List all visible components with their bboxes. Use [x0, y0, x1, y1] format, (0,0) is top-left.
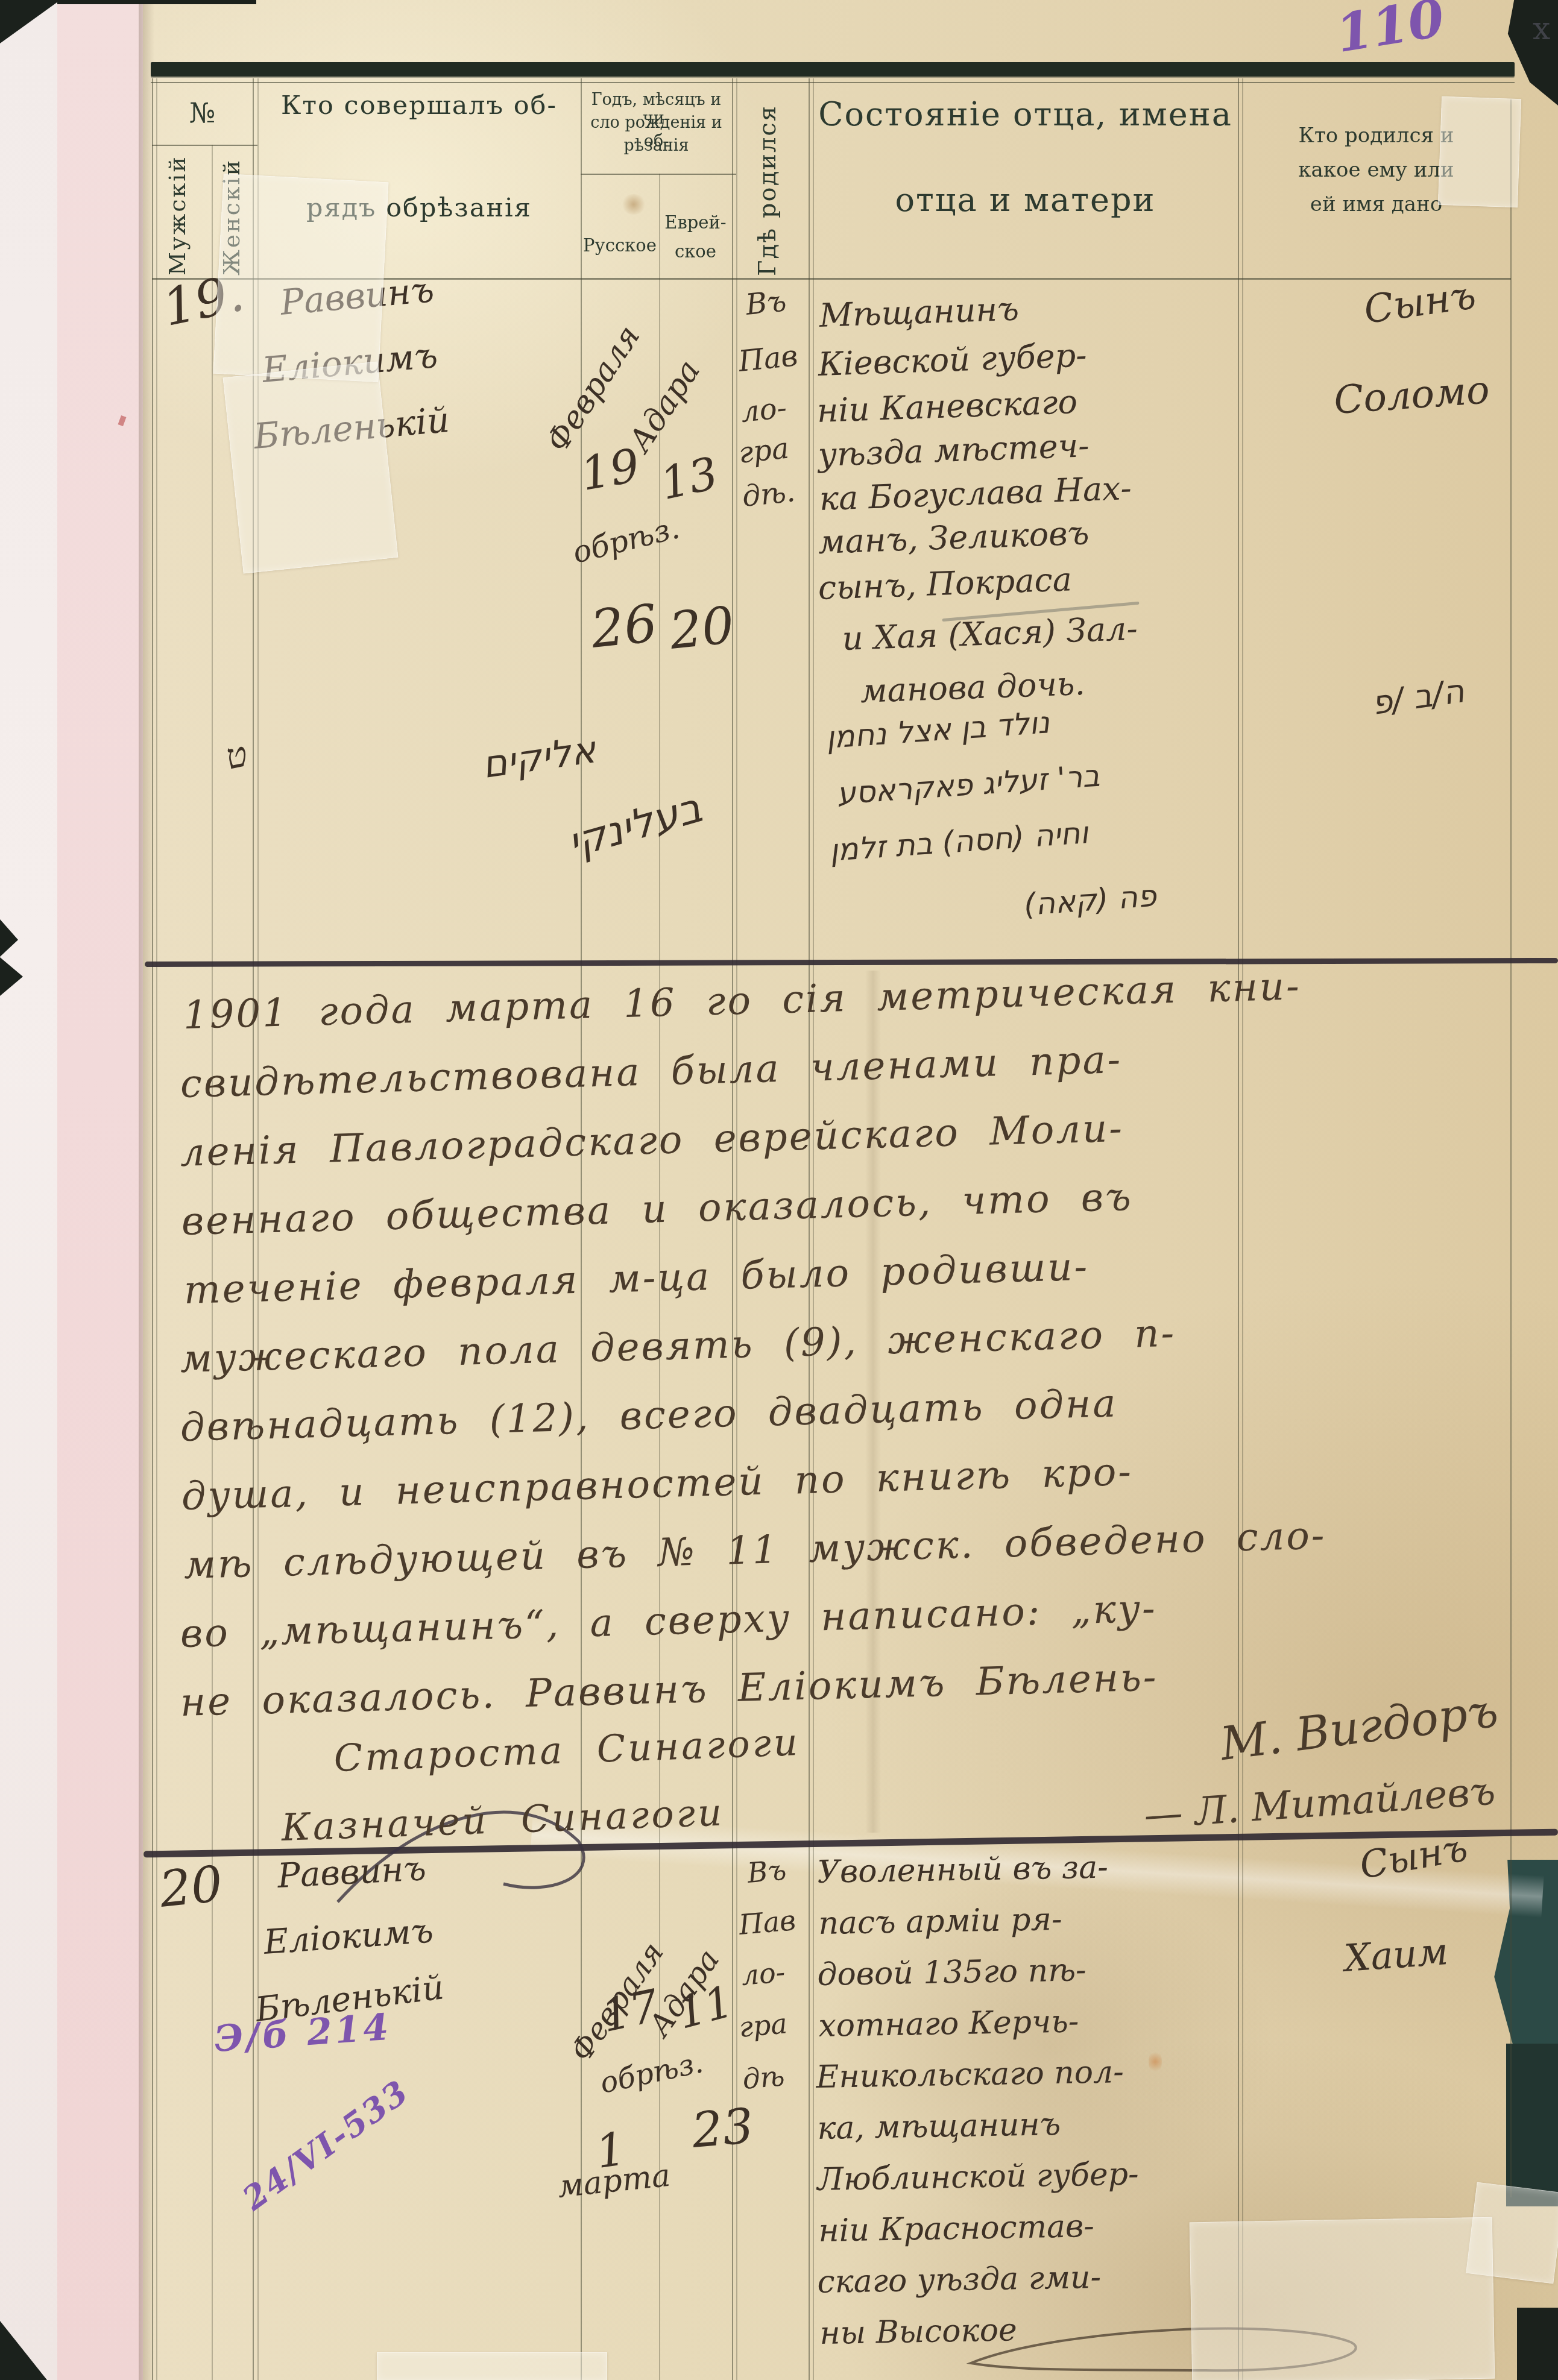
row20-hebrew-circumcision-day: 23 — [690, 2097, 756, 2159]
header-date-hebrew-line2: ское — [659, 241, 732, 262]
table-line — [581, 174, 736, 175]
row19-where-line: Въ — [744, 284, 788, 322]
row20-father-line: Еникольскаго пол- — [816, 2054, 1124, 2095]
header-no: № — [152, 96, 253, 129]
header-date-russian: Русское — [581, 235, 659, 256]
orange-stain — [1149, 2050, 1162, 2074]
tape-piece — [213, 174, 389, 382]
header-date-hebrew-line1: Еврей- — [659, 212, 732, 233]
table-line — [212, 145, 213, 2380]
table-line — [1238, 78, 1239, 2380]
ink-stain — [621, 194, 646, 215]
table-line — [1510, 99, 1512, 2197]
header-father-line2: отца и матери — [813, 181, 1238, 219]
facing-page-strip — [0, 0, 60, 2380]
table-line — [151, 82, 1515, 83]
row20-father-line: ніи Красностав- — [818, 2208, 1094, 2249]
pink-page-edge — [57, 0, 143, 2380]
row20-father-line: довой 135го пѣ- — [817, 1952, 1086, 1993]
header-where-born: Гдѣ родился — [754, 101, 781, 276]
row19-where-line: гра — [737, 432, 790, 470]
row20-where-line: Въ — [746, 1854, 787, 1889]
row20-father-line: хотнаго Керчь- — [818, 2003, 1079, 2044]
table-line — [813, 78, 814, 2380]
header-no-label: № — [152, 96, 253, 129]
backing-right-lower — [1506, 2044, 1558, 2206]
backing-top-strip — [57, 0, 256, 4]
tape-piece — [223, 361, 399, 573]
row20-who-line: Раввинъ — [277, 1849, 427, 1896]
table-line — [1242, 78, 1243, 2380]
row20-where-line: дѣ — [741, 2059, 786, 2095]
row19-russian-birth-day: 19 — [577, 438, 644, 501]
row20-where-line: Пав — [737, 1904, 797, 1941]
header-who-line1: Кто совершалъ об- — [257, 90, 581, 121]
row20-where-line: гра — [737, 2007, 789, 2044]
table-line — [809, 78, 810, 2380]
table-line — [152, 78, 153, 2380]
row19-where-line: дѣ. — [740, 474, 796, 514]
row20-child-line: Хаим — [1343, 1929, 1449, 1980]
header-date-line3: рѣзанія — [581, 136, 732, 155]
row20-father-line: пасъ арміи ря- — [818, 1901, 1062, 1942]
table-top-band — [151, 62, 1515, 77]
header-father-line1: Состояніе отца, имена — [813, 95, 1238, 133]
row20-father-line: ка, мѣщанинъ — [817, 2106, 1061, 2147]
row19-russian-circumcision-day: 26 — [588, 593, 660, 660]
tape-piece — [377, 2352, 607, 2380]
tape-piece — [1190, 2217, 1495, 2380]
row19-father-line: Мѣщанинъ — [819, 289, 1020, 335]
tape-piece — [1438, 96, 1521, 207]
table-line — [152, 145, 257, 146]
corner-pencil-mark: х — [1533, 11, 1550, 47]
row20-number: 20 — [157, 1856, 225, 1919]
row19-where-line: ло- — [739, 391, 788, 429]
row20-father-line: Уволенный въ за- — [817, 1850, 1108, 1890]
row19-hebrew-circumcision-day: 20 — [667, 595, 737, 661]
backing-bottom-right — [1517, 2308, 1558, 2380]
metrical-book-page: 110 х № Мужскій Женскій Кто совершалъ об… — [0, 0, 1558, 2380]
header-male: Мужскій — [164, 152, 191, 275]
row19-where-line: Пав — [737, 339, 799, 379]
row20-father-line: Люблинской губер- — [817, 2156, 1139, 2198]
table-line — [156, 78, 157, 2380]
row20-where-line: ло- — [740, 1956, 786, 1992]
row19-father-line: манова дочь. — [860, 664, 1086, 710]
row20-father-line: скаго уѣзда гми- — [817, 2259, 1102, 2300]
